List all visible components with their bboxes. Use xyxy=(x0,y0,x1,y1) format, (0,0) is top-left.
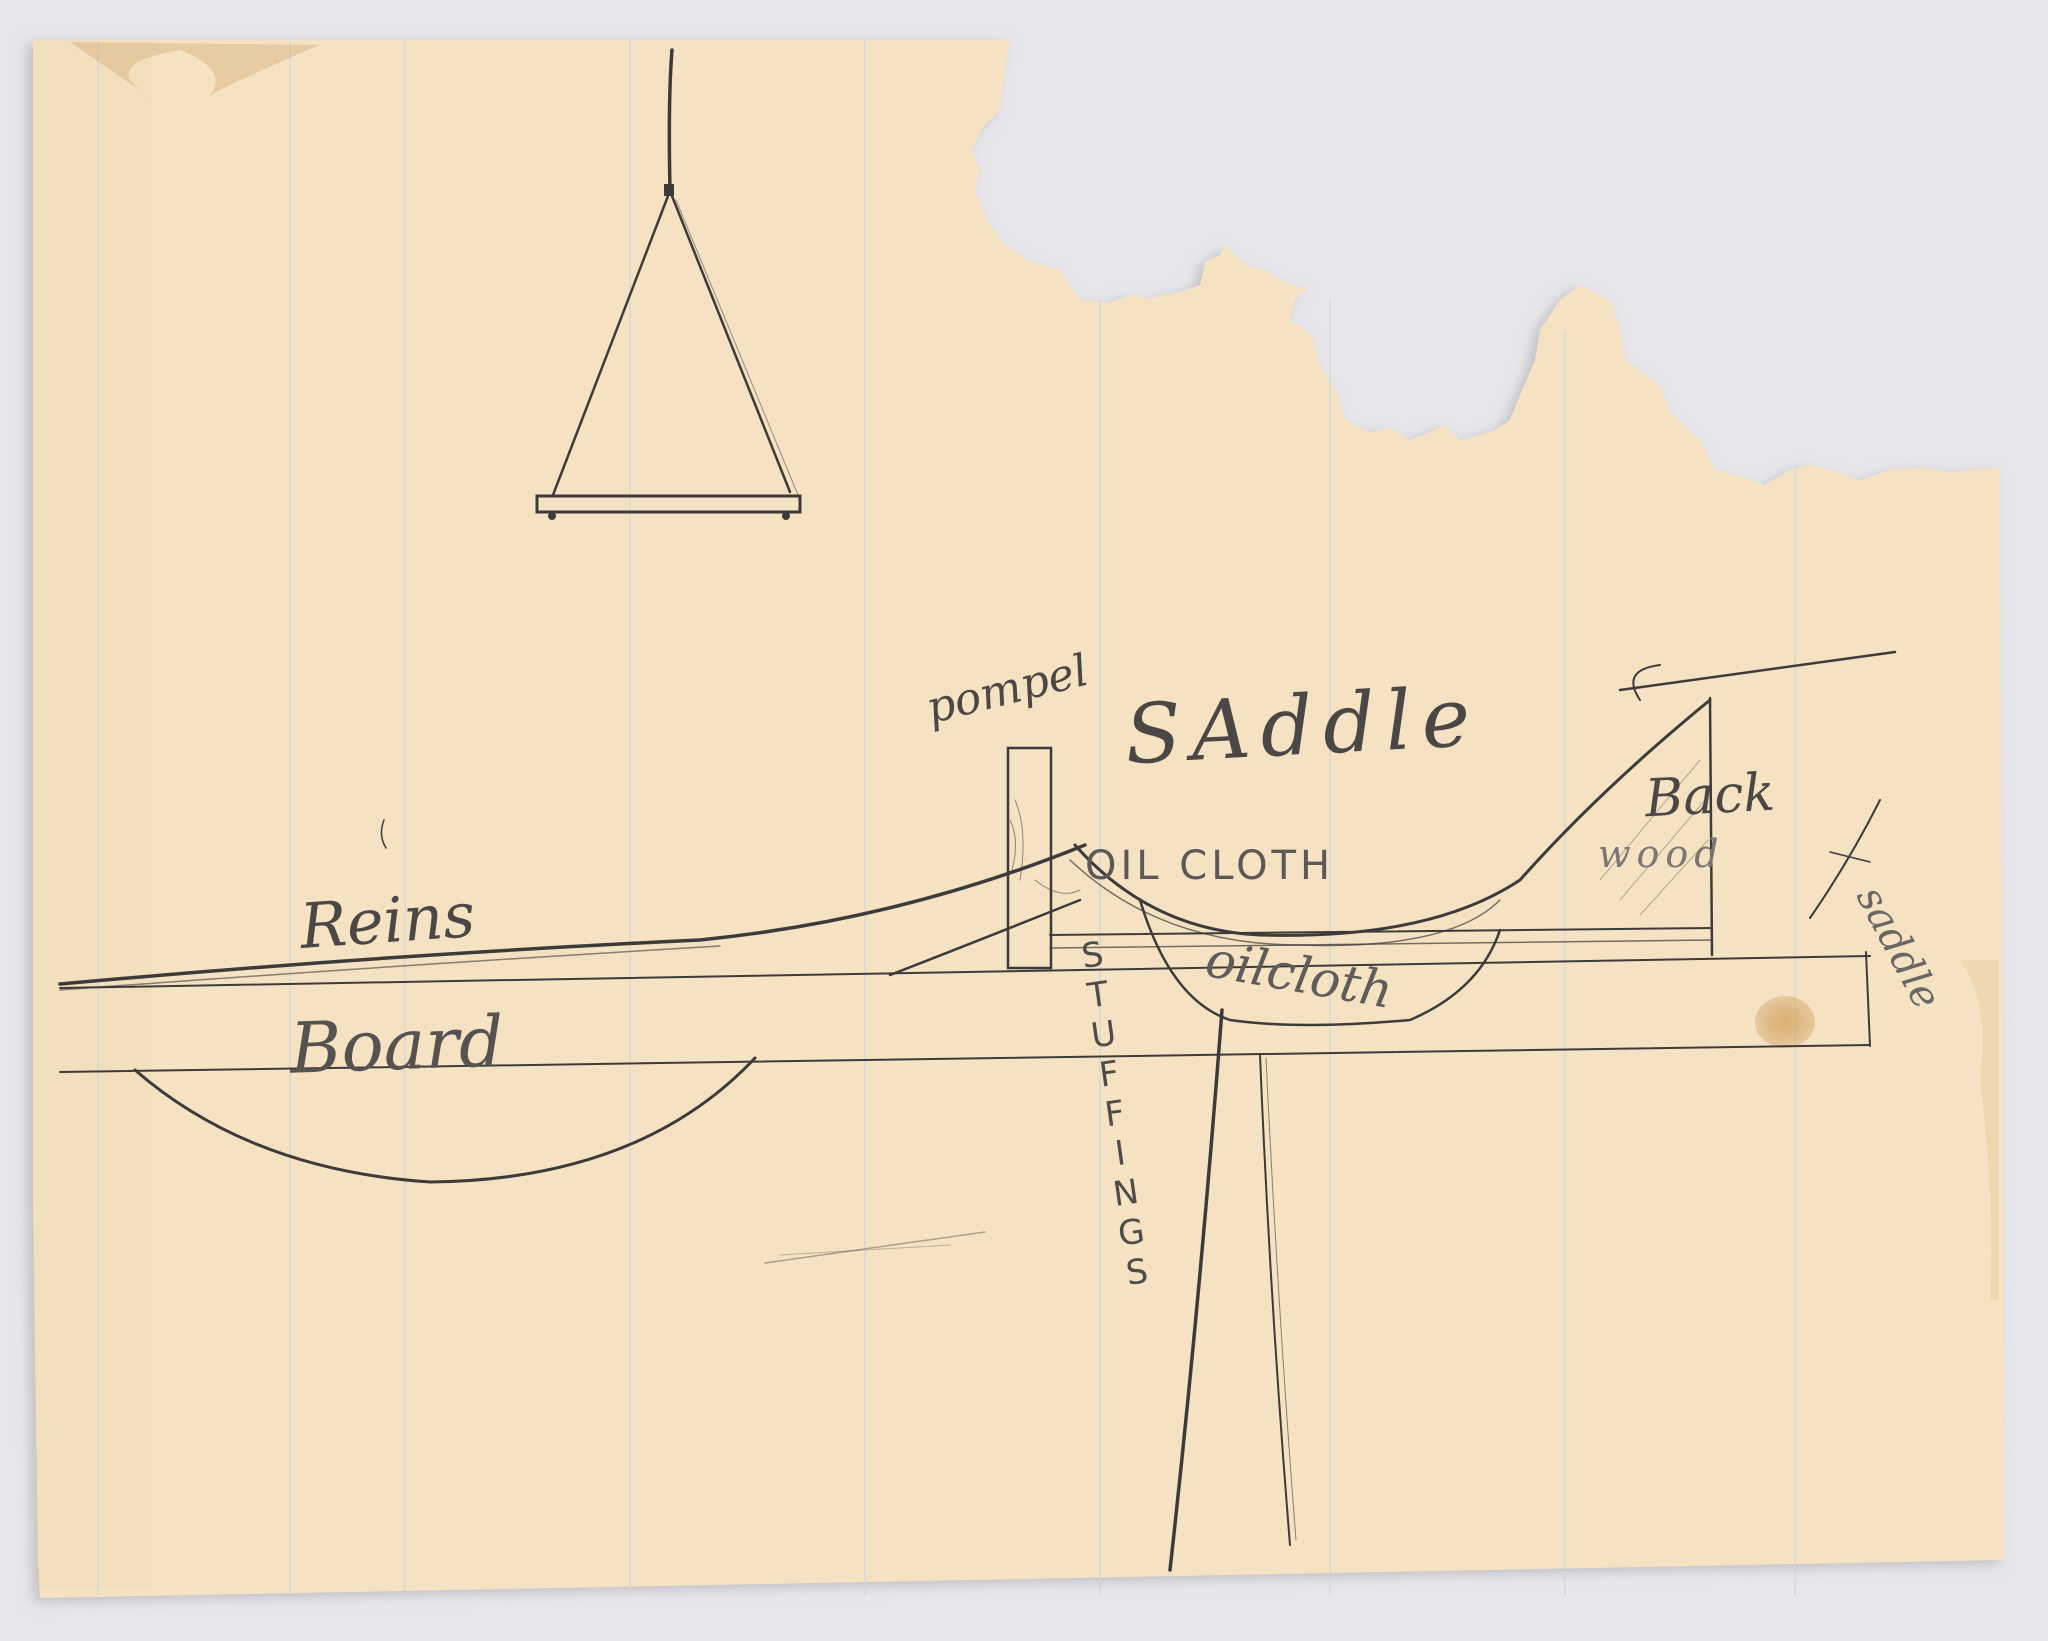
label-back: Back xyxy=(1644,767,1776,826)
stuffings-letter: S xyxy=(1105,1249,1170,1297)
label-reins: Reins xyxy=(298,884,477,958)
label-oil-cloth: OIL CLOTH xyxy=(1085,846,1334,886)
label-wood: wood xyxy=(1598,835,1725,873)
sketch-page: pompel SAddle Back of saddle wood OIL CL… xyxy=(0,0,2048,1641)
label-saddle-title: SAddle xyxy=(1123,677,1482,777)
label-board: Board xyxy=(289,1006,505,1083)
